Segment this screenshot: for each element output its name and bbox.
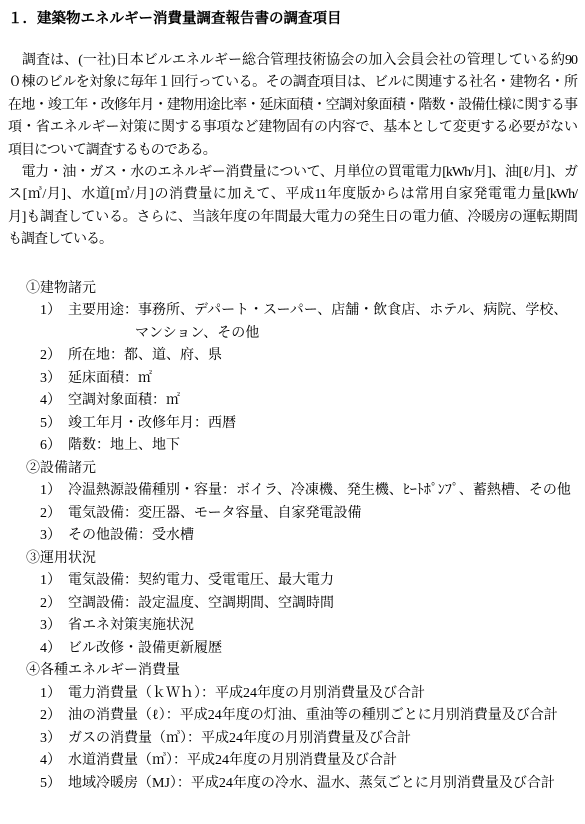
paragraph: 調査は、(一社)日本ビルエネルギー総合管理技術協会の加入会員会社の管理している約…	[8, 50, 577, 162]
section-heading: ④各種エネルギー消費量	[26, 660, 577, 683]
section-heading: ①建物諸元	[26, 278, 577, 301]
item-text: その他設備：受水槽	[68, 528, 194, 543]
list-item: 1）電力消費量（ｋＷｈ）：平成24年度の月別消費量及び合計	[40, 683, 577, 706]
item-text: 竣工年月・改修年月：西暦	[68, 416, 236, 431]
item-text: 省エネ対策実施状況	[68, 618, 194, 633]
item-text: 階数：地上、地下	[68, 438, 180, 453]
section-heading: ③運用状況	[26, 548, 577, 571]
item-text: 主要用途：事務所、デパート・スーパー、店舗・飲食店、ホテル、病院、学校、	[68, 303, 567, 318]
section: ④各種エネルギー消費量1）電力消費量（ｋＷｈ）：平成24年度の月別消費量及び合計…	[8, 660, 577, 795]
item-continuation: マンション、その他	[135, 323, 577, 346]
section-heading: ②設備諸元	[26, 458, 577, 481]
item-text: 水道消費量（㎥）：平成24年度の月別消費量及び合計	[68, 753, 397, 768]
item-text: ビル改修・設備更新履歴	[68, 641, 222, 656]
list-item: 5）地域冷暖房（MJ）：平成24年度の冷水、温水、蒸気ごとに月別消費量及び合計	[40, 773, 577, 796]
item-text: 空調対象面積：㎡	[68, 393, 180, 408]
item-number: 5）	[40, 776, 61, 791]
list-item: 5）竣工年月・改修年月：西暦	[40, 413, 577, 436]
paragraph-line: ス[㎥/月]、水道[㎥/月]の消費量に加えて、平成11年度版からは常用自家発電電…	[8, 184, 577, 206]
item-text: 電気設備：契約電力、受電電圧、最大電力	[68, 573, 334, 588]
item-text: 延床面積：㎡	[68, 371, 152, 386]
item-number: 1）	[40, 686, 61, 701]
item-text: 電力消費量（ｋＷｈ）：平成24年度の月別消費量及び合計	[68, 686, 425, 701]
item-text: 所在地：都、道、府、県	[68, 348, 222, 363]
list-item: 1）冷温熱源設備種別・容量：ボイラ、冷凍機、発生機、ﾋｰﾄﾎﾟﾝﾌﾟ、蓄熱槽、そ…	[40, 480, 577, 503]
paragraph-line: ０棟のビルを対象に毎年１回行っている。その調査項目は、ビルに関連する社名・建物名…	[8, 72, 577, 94]
item-text: 冷温熱源設備種別・容量：ボイラ、冷凍機、発生機、ﾋｰﾄﾎﾟﾝﾌﾟ、蓄熱槽、その他	[68, 483, 571, 498]
list-item: 2）油の消費量（ℓ）：平成24年度の灯油、重油等の種別ごとに月別消費量及び合計	[40, 705, 577, 728]
item-number: 5）	[40, 416, 61, 431]
list-item: 2）電気設備：変圧器、モータ容量、自家発電設備	[40, 503, 577, 526]
paragraph: 電力・油・ガス・水のエネルギー消費量について、月単位の買電電力[kWh/月]、油…	[8, 162, 577, 252]
item-number: 2）	[40, 506, 61, 521]
item-text: 電気設備：変圧器、モータ容量、自家発電設備	[68, 506, 361, 521]
paragraph-line: 在地・竣工年・改修年月・建物用途比率・延床面積・空調対象面積・階数・設備仕様に関…	[8, 95, 577, 117]
list-item: 4）空調対象面積：㎡	[40, 390, 577, 413]
section: ①建物諸元1）主要用途：事務所、デパート・スーパー、店舗・飲食店、ホテル、病院、…	[8, 278, 577, 458]
document-body: １．建築物エネルギー消費量調査報告書の調査項目 調査は、(一社)日本ビルエネルギ…	[0, 0, 585, 795]
item-number: 1）	[40, 483, 61, 498]
paragraphs: 調査は、(一社)日本ビルエネルギー総合管理技術協会の加入会員会社の管理している約…	[8, 50, 577, 252]
list-item: 3）省エネ対策実施状況	[40, 615, 577, 638]
section: ②設備諸元1）冷温熱源設備種別・容量：ボイラ、冷凍機、発生機、ﾋｰﾄﾎﾟﾝﾌﾟ、…	[8, 458, 577, 548]
survey-item-list: ①建物諸元1）主要用途：事務所、デパート・スーパー、店舗・飲食店、ホテル、病院、…	[8, 278, 577, 796]
item-number: 4）	[40, 641, 61, 656]
paragraph-line: も調査している。	[8, 229, 577, 251]
item-number: 6）	[40, 438, 61, 453]
item-text: 油の消費量（ℓ）：平成24年度の灯油、重油等の種別ごとに月別消費量及び合計	[68, 708, 558, 723]
item-number: 1）	[40, 303, 61, 318]
list-item: 6）階数：地上、地下	[40, 435, 577, 458]
paragraph-line: 月]も調査している。さらに、当該年度の年間最大電力の発生日の電力値、冷暖房の運転…	[8, 207, 577, 229]
paragraph-line: 調査は、(一社)日本ビルエネルギー総合管理技術協会の加入会員会社の管理している約…	[8, 50, 577, 72]
item-number: 4）	[40, 753, 61, 768]
item-number: 3）	[40, 731, 61, 746]
document-page: { "document": { "title": "１．建築物エネルギー消費量調…	[0, 0, 585, 824]
list-item: 4）水道消費量（㎥）：平成24年度の月別消費量及び合計	[40, 750, 577, 773]
item-number: 2）	[40, 596, 61, 611]
paragraph-line: 電力・油・ガス・水のエネルギー消費量について、月単位の買電電力[kWh/月]、油…	[8, 162, 577, 184]
paragraph-line: 項・省エネルギー対策に関する事項など建物固有の内容で、基本として変更する必要がな…	[8, 117, 577, 139]
list-item: 3）延床面積：㎡	[40, 368, 577, 391]
paragraph-line: 項目について調査するものである。	[8, 140, 577, 162]
item-number: 2）	[40, 348, 61, 363]
item-text: 空調設備：設定温度、空調期間、空調時間	[68, 596, 334, 611]
list-item: 2）空調設備：設定温度、空調期間、空調時間	[40, 593, 577, 616]
list-item: 1）電気設備：契約電力、受電電圧、最大電力	[40, 570, 577, 593]
section: ③運用状況1）電気設備：契約電力、受電電圧、最大電力2）空調設備：設定温度、空調…	[8, 548, 577, 661]
list-item: 4）ビル改修・設備更新履歴	[40, 638, 577, 661]
item-number: 2）	[40, 708, 61, 723]
list-item: 3）その他設備：受水槽	[40, 525, 577, 548]
item-number: 3）	[40, 528, 61, 543]
list-item: 2）所在地：都、道、府、県	[40, 345, 577, 368]
list-item: 1）主要用途：事務所、デパート・スーパー、店舗・飲食店、ホテル、病院、学校、	[40, 300, 577, 323]
item-number: 1）	[40, 573, 61, 588]
item-text: 地域冷暖房（MJ）：平成24年度の冷水、温水、蒸気ごとに月別消費量及び合計	[68, 776, 555, 791]
list-item: 3）ガスの消費量（㎥）：平成24年度の月別消費量及び合計	[40, 728, 577, 751]
item-number: 3）	[40, 371, 61, 386]
item-number: 4）	[40, 393, 61, 408]
item-number: 3）	[40, 618, 61, 633]
document-title: １．建築物エネルギー消費量調査報告書の調査項目	[8, 10, 577, 29]
item-text: ガスの消費量（㎥）：平成24年度の月別消費量及び合計	[68, 731, 411, 746]
